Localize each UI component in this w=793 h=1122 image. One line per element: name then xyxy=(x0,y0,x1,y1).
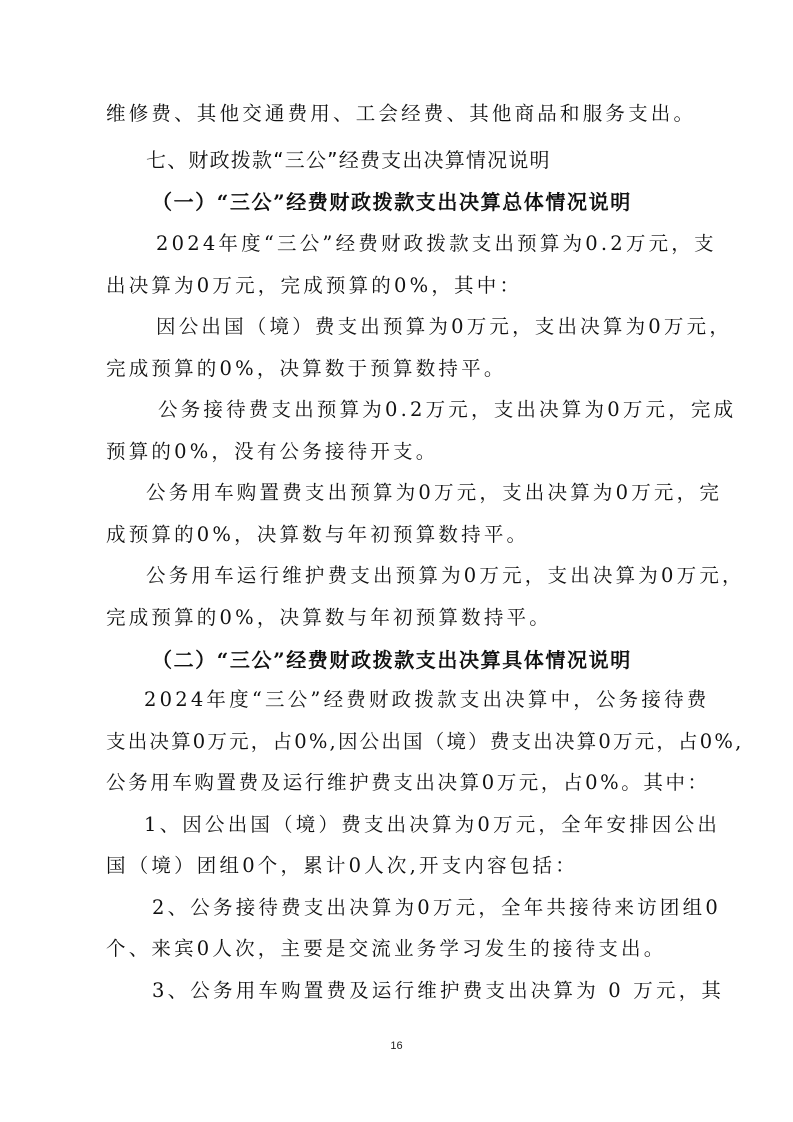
subsection-heading: （二）“三公”经费财政拨款支出决算具体情况说明 xyxy=(152,646,632,674)
paragraph-line: 公务接待费支出预算为0.2万元，支出决算为0万元，完成 xyxy=(158,396,736,424)
paragraph-line: 公务用车购置费支出预算为0万元，支出决算为0万元，完 xyxy=(146,479,722,507)
paragraph-line: 个、来宾0人次，主要是交流业务学习发生的接待支出。 xyxy=(106,935,666,963)
paragraph-line: 完成预算的0%，决算数于预算数持平。 xyxy=(106,355,507,383)
paragraph-line: 成预算的0%，决算数与年初预算数持平。 xyxy=(106,521,529,549)
subsection-heading: （一）“三公”经费财政拨款支出决算总体情况说明 xyxy=(152,188,632,216)
page-number: 16 xyxy=(0,1040,793,1052)
section-heading: 七、财政拨款“三公”经费支出决算情况说明 xyxy=(146,146,551,174)
paragraph-line: 公务用车运行维护费支出预算为0万元，支出决算为0万元， xyxy=(146,562,745,590)
paragraph-line: 3、公务用车购置费及运行维护费支出决算为 0 万元，其 xyxy=(152,977,724,1005)
paragraph-line: 1、因公出国（境）费支出决算为0万元，全年安排因公出 xyxy=(144,811,720,839)
document-page: 维修费、其他交通费用、工会经费、其他商品和服务支出。 七、财政拨款“三公”经费支… xyxy=(0,0,793,1122)
paragraph-line: 完成预算的0%，决算数与年初预算数持平。 xyxy=(106,604,552,632)
paragraph-line: 2024年度“三公”经费财政拨款支出预算为0.2万元，支 xyxy=(156,230,717,258)
paragraph-line: 2、公务接待费支出决算为0万元，全年共接待来访团组0 xyxy=(152,894,721,922)
paragraph-line: 2024年度“三公”经费财政拨款支出决算中，公务接待费 xyxy=(144,686,709,714)
paragraph-line: 国（境）团组0个，累计0人次,开支内容包括： xyxy=(106,852,578,880)
paragraph-line: 因公出国（境）费支出预算为0万元，支出决算为0万元， xyxy=(156,313,732,341)
paragraph-line: 维修费、其他交通费用、工会经费、其他商品和服务支出。 xyxy=(106,100,696,128)
paragraph-line: 预算的0%，没有公务接待开支。 xyxy=(106,438,438,466)
paragraph-line: 公务用车购置费及运行维护费支出决算0万元，占0%。其中： xyxy=(106,769,710,797)
paragraph-line: 支出决算0万元，占0%,因公出国（境）费支出决算0万元，占0%, xyxy=(106,728,743,756)
paragraph-line: 出决算为0万元，完成预算的0%，其中： xyxy=(106,272,522,300)
